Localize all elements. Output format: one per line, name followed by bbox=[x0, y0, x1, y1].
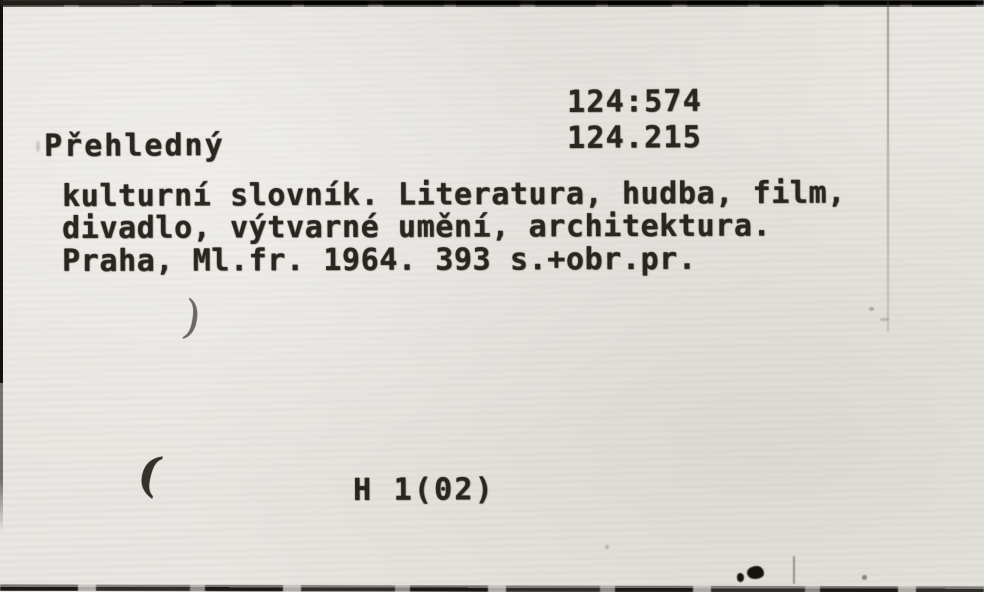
card-bottom-edge-shadow bbox=[0, 581, 984, 592]
paper-speck bbox=[869, 307, 874, 311]
card-left-edge-shadow bbox=[0, 0, 3, 532]
handwritten-close-paren-mark: ) bbox=[179, 289, 205, 345]
paper-speck bbox=[605, 545, 609, 549]
paper-speck bbox=[36, 141, 40, 152]
paper-speck bbox=[862, 575, 867, 580]
body-line-2: divadlo, výtvarné umění, architektura. bbox=[62, 209, 771, 246]
call-number-bottom: 124.215 bbox=[567, 120, 702, 156]
classification-code: H 1(02) bbox=[353, 472, 495, 508]
ink-blot bbox=[747, 566, 764, 579]
paper-speck bbox=[880, 318, 889, 321]
ink-blot-stem bbox=[793, 556, 795, 584]
handwritten-open-paren-mark: ( bbox=[132, 444, 168, 504]
body-line-3: Praha, Ml.fr. 1964. 393 s.+obr.pr. bbox=[62, 242, 697, 279]
catalog-card-scan: 124:574 124.215 Přehledný kulturní slovn… bbox=[0, 0, 984, 592]
call-number-top: 124:574 bbox=[567, 84, 702, 120]
card-heading: Přehledný bbox=[44, 128, 225, 164]
ink-blot-dot bbox=[737, 573, 744, 582]
card-crease-line bbox=[887, 0, 889, 332]
